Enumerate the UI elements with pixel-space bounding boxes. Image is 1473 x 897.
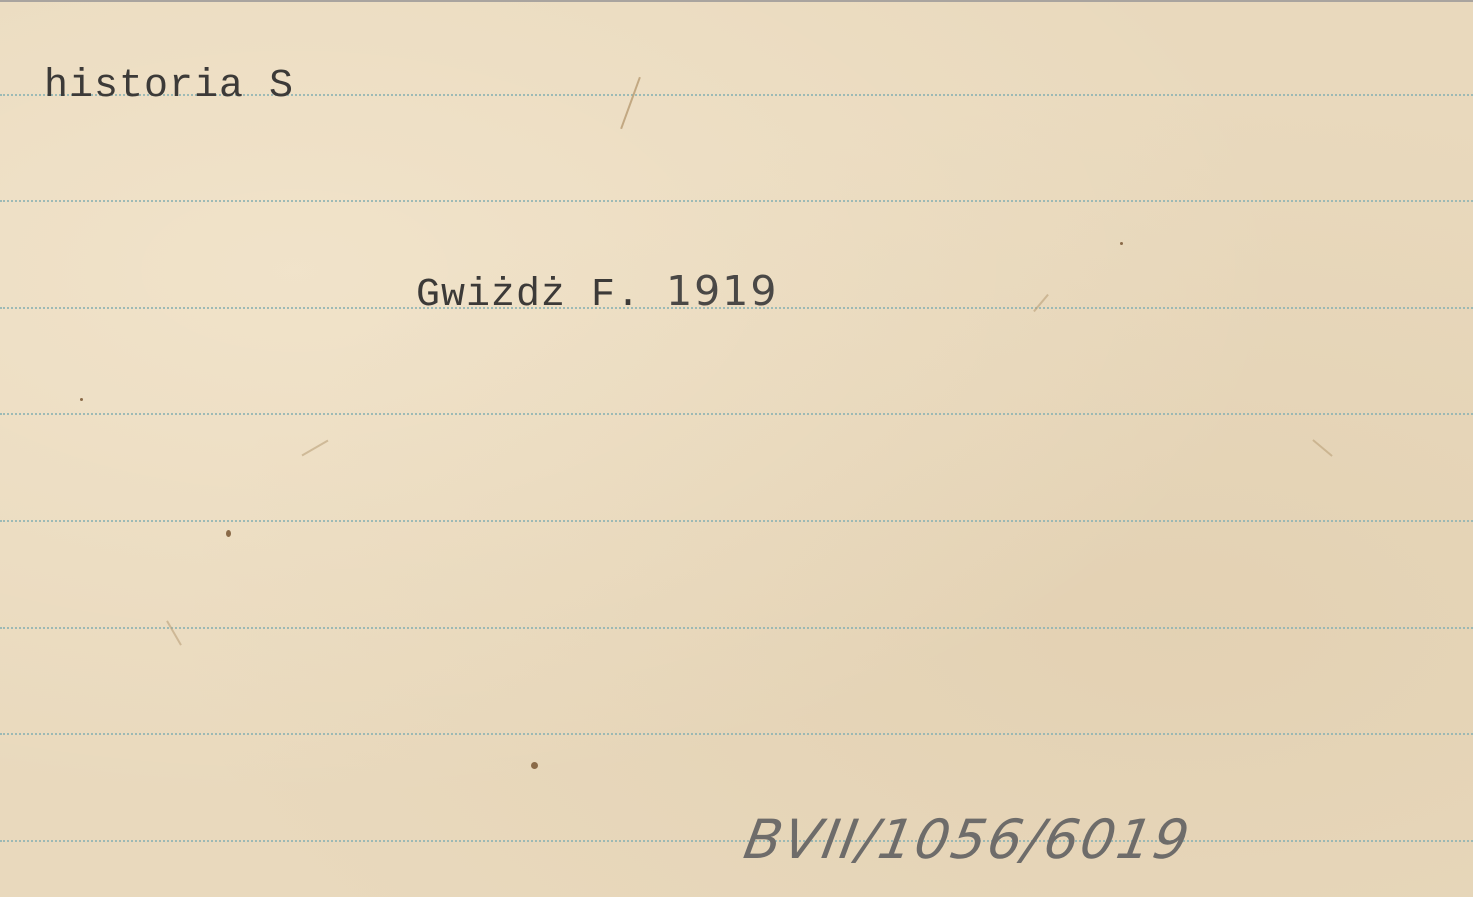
author-name: Gwiżdż F. [416, 273, 641, 318]
subject-heading: historia S [44, 64, 294, 109]
ruled-line [0, 627, 1473, 629]
paper-speck [80, 398, 83, 401]
ruled-line [0, 413, 1473, 415]
paper-speck [1120, 242, 1123, 245]
paper-fiber [1033, 294, 1049, 312]
handwritten-shelf-mark: BVII/1056/6019 [739, 808, 1195, 871]
catalog-entry: Gwiżdż F. 1919 [416, 267, 778, 318]
ruled-line [0, 520, 1473, 522]
ruled-line [0, 840, 1473, 842]
paper-fiber [166, 620, 182, 645]
publication-year: 1919 [666, 267, 778, 315]
paper-fiber [620, 77, 641, 129]
paper-fiber [1312, 439, 1332, 457]
ruled-line [0, 200, 1473, 202]
paper-speck [531, 762, 538, 769]
ruled-line [0, 733, 1473, 735]
paper-fiber [302, 440, 329, 457]
index-card: historia S Gwiżdż F. 1919 BVII/1056/6019 [0, 0, 1473, 897]
paper-speck [226, 530, 231, 537]
